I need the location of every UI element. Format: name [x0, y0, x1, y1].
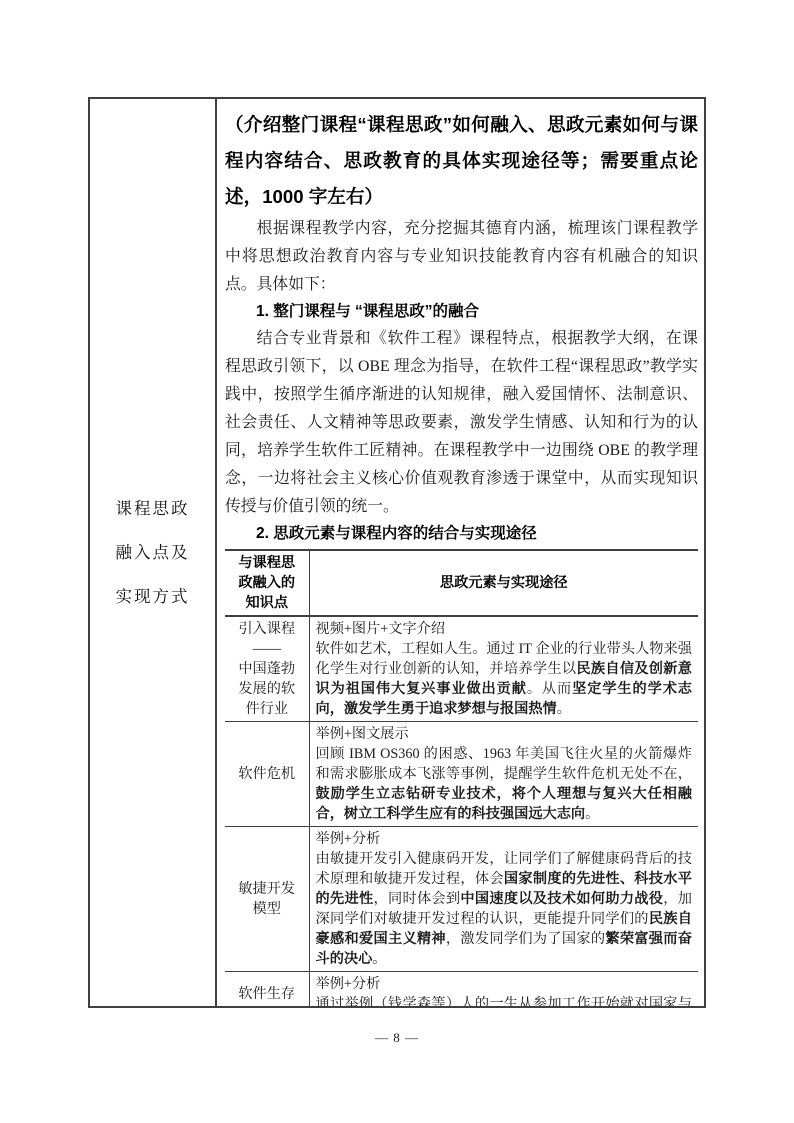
section-1-paragraph: 结合专业背景和《软件工程》课程特点，根据教学大纲，在课程思政引领下，以 OBE …	[225, 325, 698, 521]
topic-cell-course-intro: 引入课程——中国蓬勃发展的软件行业	[225, 616, 309, 722]
content-cell: （介绍整门课程“课程思政”如何融入、思政元素如何与课程内容结合、思政教育的具体实…	[217, 99, 704, 1006]
description-text: 软件如艺术，工程如人生。通过 IT 企业的行业带头人物来强化学生对行业创新的认知…	[316, 639, 693, 719]
description-text: 由敏捷开发引入健康码开发，让同学们了解健康码背后的技术原理和敏捷开发过程，体会国…	[316, 849, 693, 969]
topic-cell-software-crisis: 软件危机	[225, 722, 309, 827]
ideology-elements-table: 与课程思政融入的知识点 思政元素与实现途径 引入课程——中国蓬勃发展的软件行业 …	[225, 549, 698, 1006]
page-number: — 8 —	[0, 1030, 794, 1046]
row-header-cell: 课程思政融入点及实现方式	[90, 99, 217, 1006]
table-row: 敏捷开发模型 举例+分析 由敏捷开发引入健康码开发，让同学们了解健康码背后的技术…	[225, 827, 698, 972]
table-header-row: 与课程思政融入的知识点 思政元素与实现途径	[225, 550, 698, 616]
table-row: 软件危机 举例+图文展示 回顾 IBM OS360 的困惑、1963 年美国飞往…	[225, 722, 698, 827]
row-header-label: 课程思政融入点及实现方式	[116, 487, 190, 619]
section-2-heading: 2. 思政元素与课程内容的结合与实现途径	[225, 521, 698, 547]
table-row: 引入课程——中国蓬勃发展的软件行业 视频+图片+文字介绍 软件如艺术，工程如人生…	[225, 616, 698, 722]
topic-cell-software-lifecycle: 软件生存周期	[225, 972, 309, 1007]
column-header-knowledge-point: 与课程思政融入的知识点	[225, 550, 309, 616]
description-text: 通过举例（钱学森等）人的一生从参加工作开始就对国家与社	[316, 994, 693, 1006]
content-cell-course-intro: 视频+图片+文字介绍 软件如艺术，工程如人生。通过 IT 企业的行业带头人物来强…	[309, 616, 698, 722]
method-label: 视频+图片+文字介绍	[316, 619, 693, 639]
method-label: 举例+图文展示	[316, 724, 693, 744]
content-cell-agile-model: 举例+分析 由敏捷开发引入健康码开发，让同学们了解健康码背后的技术原理和敏捷开发…	[309, 827, 698, 972]
course-ideology-outer-table: 课程思政融入点及实现方式 （介绍整门课程“课程思政”如何融入、思政元素如何与课程…	[88, 97, 706, 1008]
column-header-elements: 思政元素与实现途径	[309, 550, 698, 616]
overview-paragraph: 根据课程教学内容，充分挖掘其德育内涵，梳理该门课程教学中将思想政治教育内容与专业…	[225, 215, 698, 299]
description-text: 回顾 IBM OS360 的困惑、1963 年美国飞往火星的火箭爆炸和需求膨胀成…	[316, 744, 693, 824]
content-cell-software-lifecycle: 举例+分析 通过举例（钱学森等）人的一生从参加工作开始就对国家与社	[309, 972, 698, 1007]
intro-note: （介绍整门课程“课程思政”如何融入、思政元素如何与课程内容结合、思政教育的具体实…	[225, 107, 698, 215]
table-row: 软件生存周期 举例+分析 通过举例（钱学森等）人的一生从参加工作开始就对国家与社	[225, 972, 698, 1007]
method-label: 举例+分析	[316, 974, 693, 994]
topic-cell-agile-model: 敏捷开发模型	[225, 827, 309, 972]
method-label: 举例+分析	[316, 829, 693, 849]
document-page: 课程思政融入点及实现方式 （介绍整门课程“课程思政”如何融入、思政元素如何与课程…	[0, 0, 794, 1123]
section-1-heading: 1. 整门课程与 “课程思政”的融合	[225, 299, 698, 325]
content-cell-software-crisis: 举例+图文展示 回顾 IBM OS360 的困惑、1963 年美国飞往火星的火箭…	[309, 722, 698, 827]
